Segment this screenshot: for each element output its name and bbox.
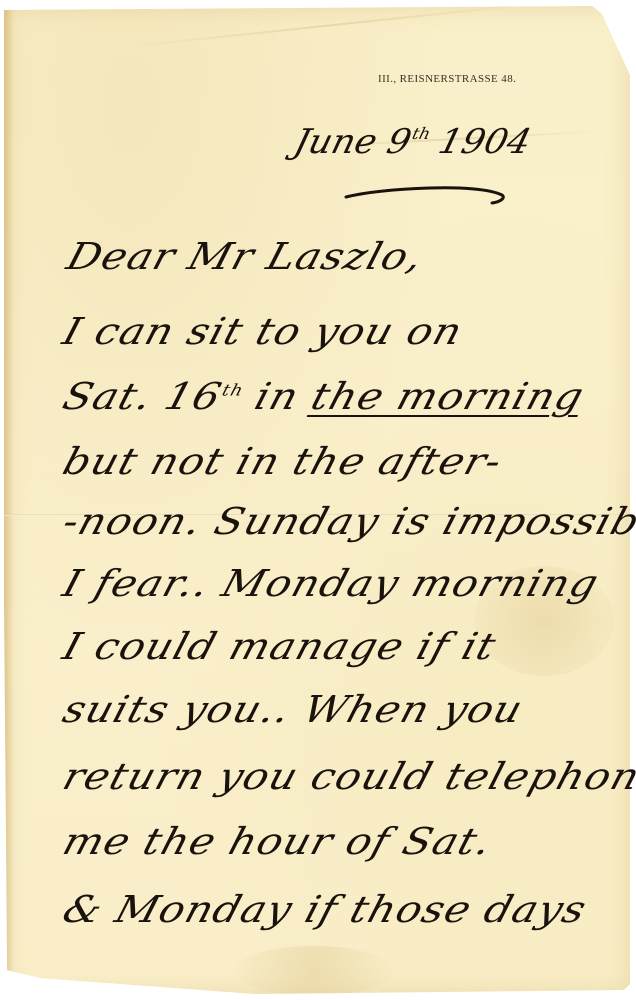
date-day-suffix: th	[410, 124, 432, 143]
letter-date: June 9th 1904	[290, 122, 535, 162]
date-underline-flourish	[340, 185, 510, 205]
body-line-text: in	[236, 375, 319, 418]
body-line: & Monday if those days	[58, 888, 592, 931]
body-line: I could manage if it	[58, 625, 501, 668]
body-line: but not in the after-	[58, 440, 508, 483]
body-line: me the hour of Sat.	[58, 820, 497, 863]
body-line: I fear.. Monday morning	[58, 562, 604, 605]
body-line: Sat. 16th in the morning	[58, 375, 589, 418]
paper-crease	[124, 2, 542, 48]
body-line: return you could telephone	[58, 755, 636, 798]
body-line-text: Sat. 16	[58, 375, 227, 418]
letterhead-address: III., REISNERSTRASSE 48.	[378, 73, 516, 85]
underlined-text: the morning	[306, 375, 589, 418]
paper-stain	[234, 946, 394, 996]
body-line: I can sit to you on	[58, 310, 468, 353]
paper-edge-shading	[4, 6, 14, 994]
date-year: 1904	[434, 122, 535, 162]
date-month: June	[290, 122, 381, 162]
salutation: Dear Mr Laszlo,	[62, 235, 429, 278]
body-line: suits you.. When you	[58, 688, 528, 731]
body-line: -noon. Sunday is impossible	[58, 500, 636, 543]
